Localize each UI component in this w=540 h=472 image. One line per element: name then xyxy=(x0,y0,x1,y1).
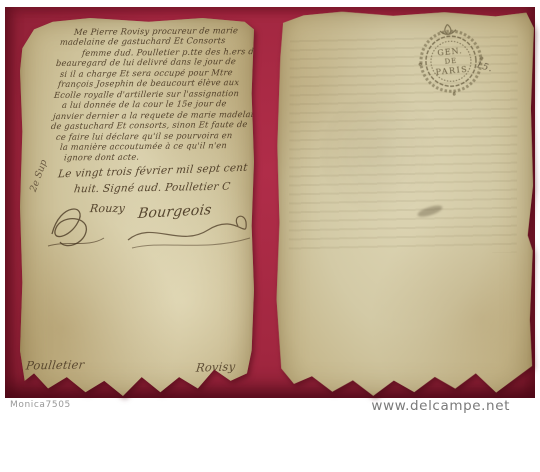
svg-text:PARIS: PARIS xyxy=(435,65,468,77)
manuscript-right-page: GEN. DE PARIS 15. xyxy=(276,11,534,396)
right-page-paper: GEN. DE PARIS 15. xyxy=(276,11,534,396)
margin-annotation: 2e Sup xyxy=(28,130,60,194)
closing-date-line: Le vingt trois février mil sept cent xyxy=(57,162,248,181)
handwritten-line: la manière accoutumée à ce qu'il n'en xyxy=(60,140,228,152)
signature-underline-flourish xyxy=(124,214,256,256)
screenshot-canvas: Me Pierre Rovisy procureur de marie made… xyxy=(0,0,540,472)
bottom-signature-poulletier: Poulletier xyxy=(25,357,85,372)
handwritten-line: ignore dont acte. xyxy=(64,152,140,163)
left-page-paper: Me Pierre Rovisy procureur de marie made… xyxy=(20,18,254,396)
seller-watermark: Monica7505 xyxy=(10,400,71,410)
bottom-signature-rovisy: Rovisy xyxy=(195,359,236,374)
handwritten-line: madelaine de gastuchard Et Consorts xyxy=(60,35,227,47)
fiscal-stamp-icon: GEN. DE PARIS xyxy=(406,14,496,104)
photograph: Me Pierre Rovisy procureur de marie made… xyxy=(5,7,535,398)
handwritten-line: beauregard de lui delivré dans le jour d… xyxy=(56,56,237,68)
manuscript-left-page: Me Pierre Rovisy procureur de marie made… xyxy=(20,18,254,396)
svg-text:GEN.: GEN. xyxy=(437,46,463,57)
handwritten-line: françois Josephin de beaucourt élève aux xyxy=(58,77,240,89)
handwritten-line: a lui donnée de la cour le 15e jour de xyxy=(62,98,228,110)
signature-paraph-flourish xyxy=(38,190,110,254)
site-credit: www.delcampe.net xyxy=(371,398,510,414)
svg-text:DE: DE xyxy=(444,57,457,66)
